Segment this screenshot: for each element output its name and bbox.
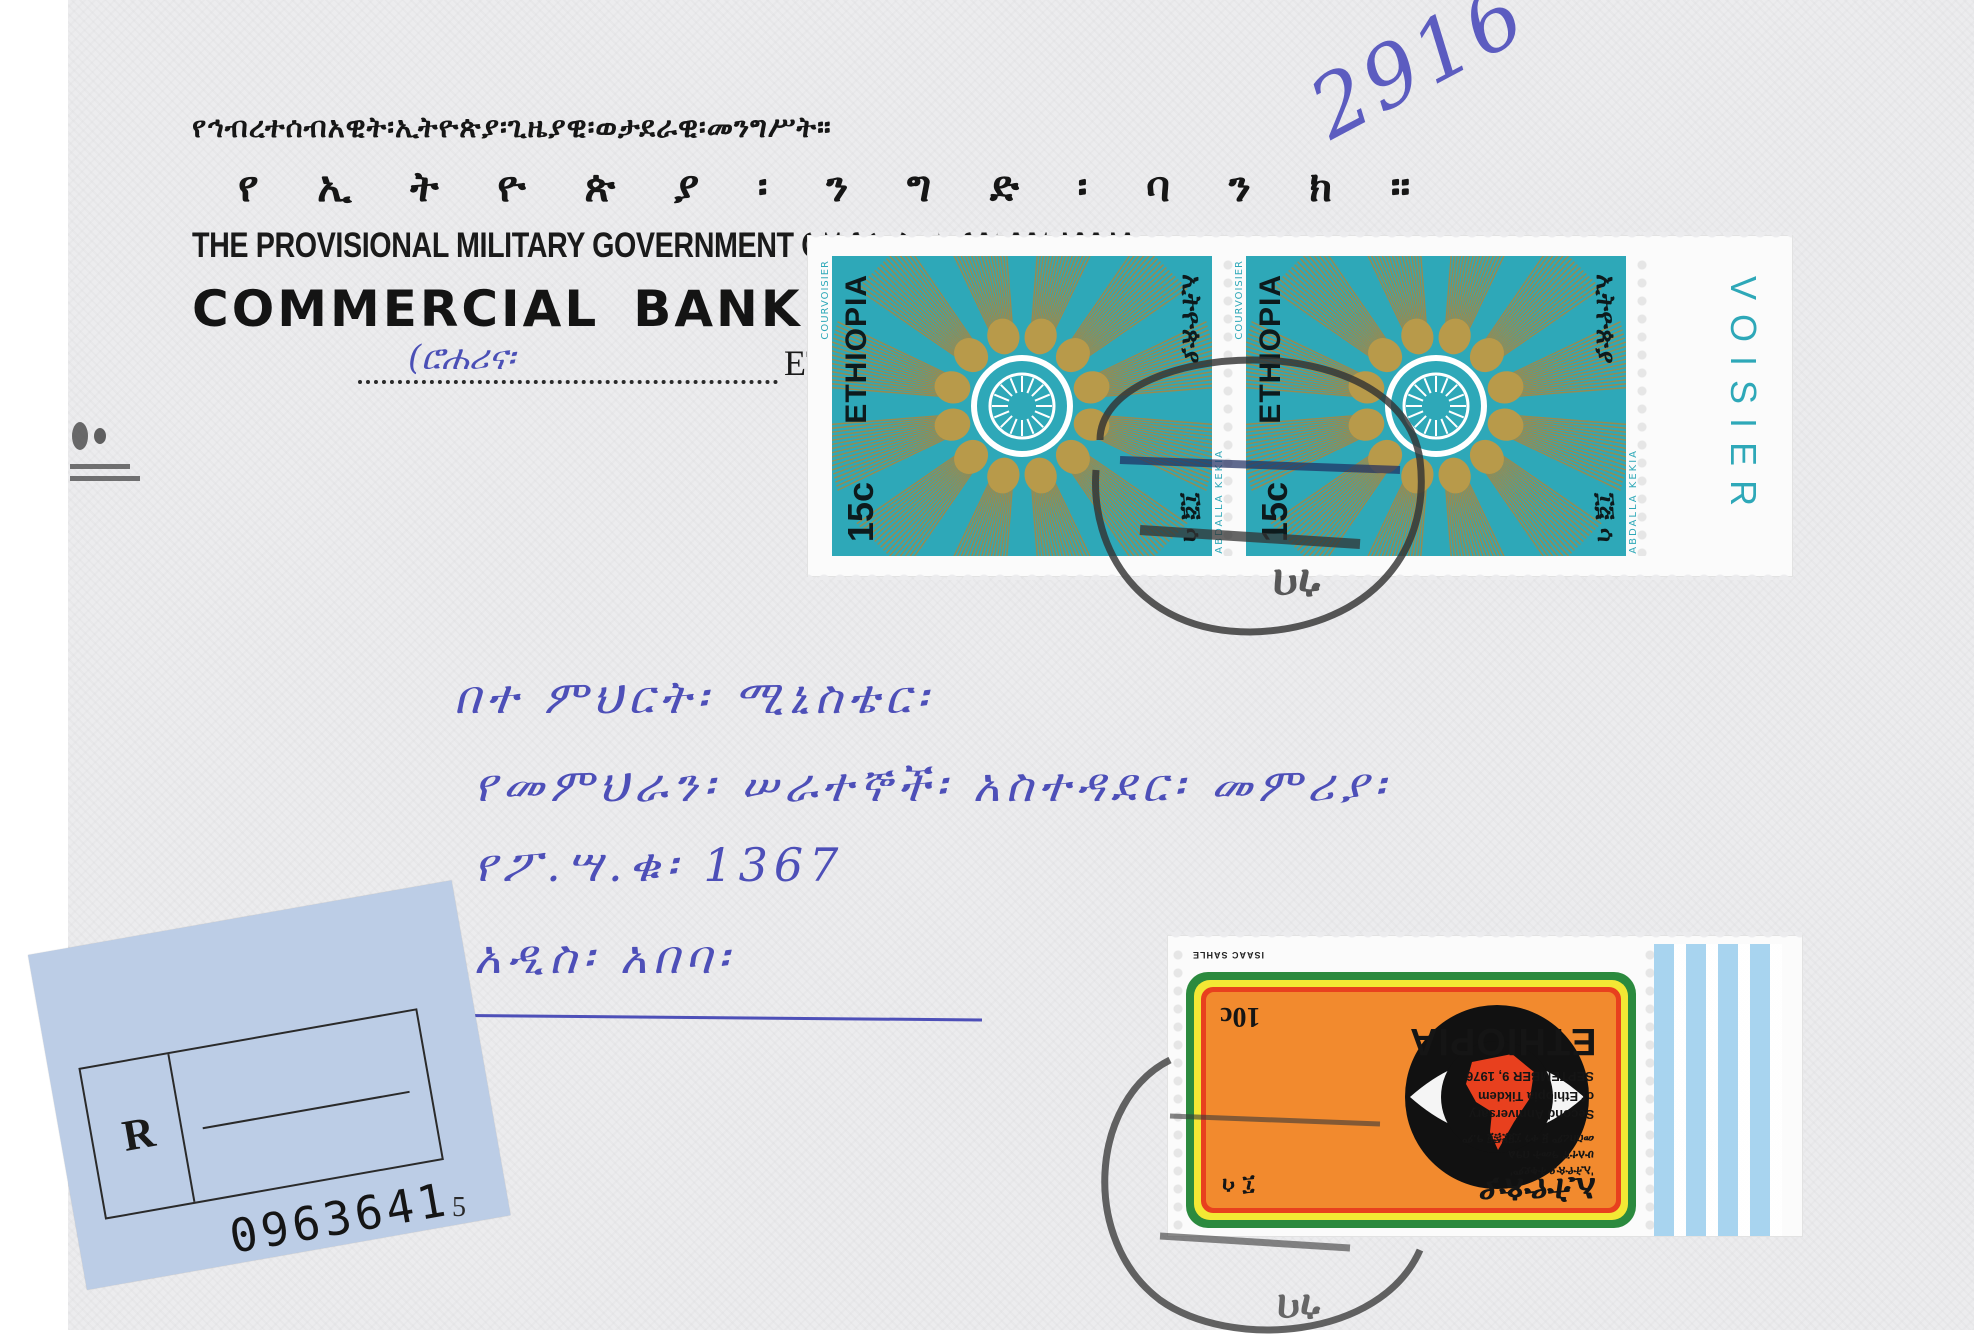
stamp-country-label: ETHIOPIA bbox=[840, 274, 874, 424]
postmark-town-text: ጎባ bbox=[1277, 1285, 1321, 1331]
address-line-1: በተ ምህርት፡ ሚኒስቴር፡ bbox=[454, 670, 933, 726]
stamp-amharic-country: ኢትዮጵያ bbox=[1590, 274, 1620, 364]
stamp-15c-right: ETHIOPIA 15c ኢትዮጵያ ፲፭ ሳ bbox=[1246, 256, 1626, 556]
stamp-selvage-pattern bbox=[1654, 944, 1782, 1236]
reference-line: (ሮሐሪና፡ bbox=[358, 344, 778, 384]
stamp-frame: ETHIOPIA SEPTEMBER 9, 1976 of Ethiopia T… bbox=[1186, 972, 1636, 1228]
address-line-3: የፖ.ሣ.ቁ፡ 1367 bbox=[474, 838, 844, 894]
registration-label: R 0963641 bbox=[28, 880, 511, 1290]
registration-field-line bbox=[203, 1091, 410, 1129]
bank-word-1: COMMERCIAL bbox=[192, 280, 599, 338]
partial-postmark-left bbox=[68, 420, 188, 500]
perforation-column bbox=[1222, 256, 1234, 556]
ann-caption-amharic-3: መስከረም ፱ ቀን ፲፱፻፷፱ ዓ.ም bbox=[1462, 1131, 1594, 1146]
address-line-2: የመምህራን፡ ሠራተኞች፡ አስተዳደር፡ መምሪያ፡ bbox=[474, 758, 1391, 814]
bank-word-2: BANK bbox=[633, 280, 802, 338]
sunburst-emblem-icon bbox=[832, 256, 1212, 556]
printer-imprint: COURVOISIER bbox=[820, 260, 831, 340]
ann-designer-imprint: ISAAC SAHLE bbox=[1192, 950, 1264, 960]
letterhead-amharic-government: የኅብረተሰብአዊት፡ኢትዮጵያ፡ጊዜያዊ፡ወታደራዊ፡መንግሥት። bbox=[192, 110, 832, 145]
stamp-pair-15c: ETHIOPIA 15c ኢትዮጵያ ፲፭ ሳ COURVOISIER ABDA… bbox=[808, 236, 1792, 576]
stamp-value-label: 15c bbox=[1254, 482, 1296, 542]
printer-imprint: COURVOISIER bbox=[1234, 260, 1245, 340]
stamp-amharic-value: ፲፭ ሳ bbox=[1592, 493, 1620, 542]
ann-caption-amharic-2: ሁለተኛ ዓመት በዓል bbox=[1508, 1147, 1594, 1162]
sunburst-emblem-icon bbox=[1246, 256, 1626, 556]
registration-letter: R bbox=[119, 1106, 159, 1162]
selvage-imprint: VOISIER bbox=[1722, 276, 1764, 520]
stamp-10c-anniversary: ETHIOPIA SEPTEMBER 9, 1976 of Ethiopia T… bbox=[1168, 936, 1802, 1236]
address-line-4: አዲስ፡ አበባ፡ bbox=[474, 930, 734, 986]
reference-handwritten-label: (ሮሐሪና፡ bbox=[408, 338, 515, 378]
handwritten-number: 2916 bbox=[1294, 0, 1543, 158]
ann-country-label: ETHIOPIA bbox=[1409, 1019, 1596, 1062]
perforation-column bbox=[1172, 946, 1184, 1232]
scan-edge bbox=[0, 0, 68, 1330]
stamp-country-label: ETHIOPIA bbox=[1254, 274, 1288, 424]
ann-caption-line-2: of Ethiopia Tikdem bbox=[1478, 1089, 1594, 1104]
perforation-column bbox=[1636, 256, 1648, 556]
registration-divider bbox=[167, 1054, 195, 1202]
stamp-amharic-value: ፲፭ ሳ bbox=[1178, 493, 1206, 542]
address-underline bbox=[410, 1014, 982, 1022]
stray-digit: 5 bbox=[452, 1192, 466, 1224]
ann-value-latin: 10c bbox=[1220, 1000, 1260, 1032]
letterhead-english-bank: COMMERCIALBANKC bbox=[192, 280, 876, 338]
stamp-value-label: 15c bbox=[840, 482, 882, 542]
ann-caption-line-1: Second Anniversary bbox=[1469, 1107, 1594, 1122]
ann-value-amharic: ፲ ሳ bbox=[1222, 1173, 1254, 1198]
ann-caption-date: SEPTEMBER 9, 1976 bbox=[1466, 1069, 1594, 1084]
envelope: የኅብረተሰብአዊት፡ኢትዮጵያ፡ጊዜያዊ፡ወታደራዊ፡መንግሥት። የ ኢ ት… bbox=[0, 0, 1974, 1330]
letterhead-amharic-bank: የ ኢ ት ዮ ጵ ያ ፡ ን ግ ድ ፡ ባ ን ክ ። bbox=[238, 162, 1432, 212]
stamp-15c-left: ETHIOPIA 15c ኢትዮጵያ ፲፭ ሳ bbox=[832, 256, 1212, 556]
stamp-amharic-country: ኢትዮጵያ bbox=[1176, 274, 1206, 364]
ann-amharic-country: ኢትዮጵያ bbox=[1479, 1170, 1596, 1208]
